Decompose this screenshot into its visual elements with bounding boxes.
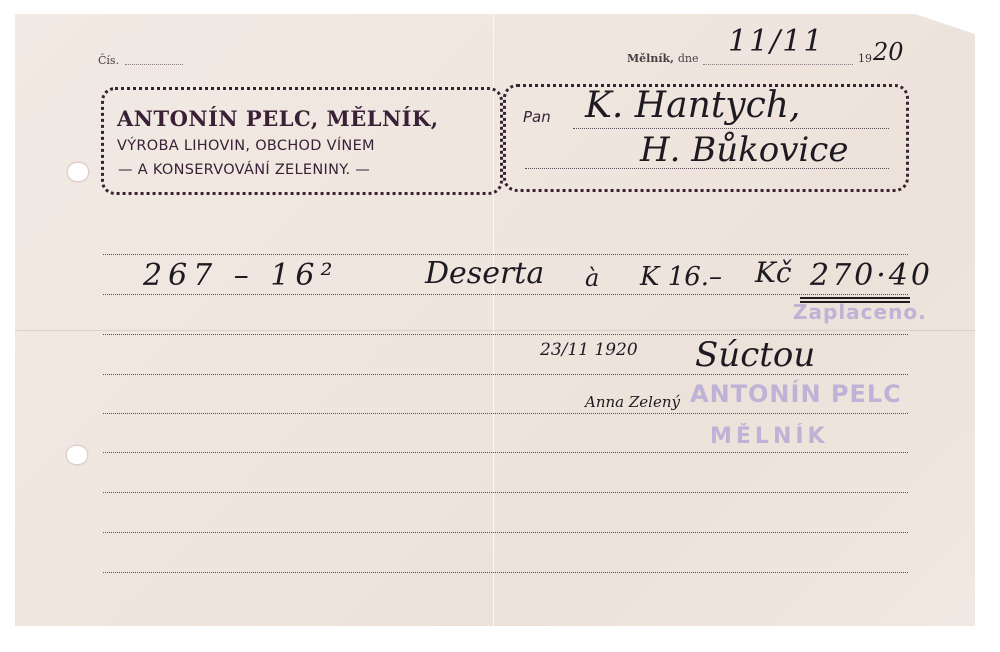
item-quantity: 267 – 16² xyxy=(143,258,339,293)
year-printed: 19 xyxy=(858,52,872,65)
place-label: Mělník, xyxy=(627,52,674,65)
recipient-name: K. Hantych, xyxy=(585,85,800,126)
signature: Anna Zelený xyxy=(585,393,680,411)
number-label: Čís. xyxy=(98,54,119,67)
company-stamp-name: ANTONÍN PELC xyxy=(690,380,902,408)
ruled-line-5 xyxy=(103,413,908,414)
number-field-line xyxy=(125,64,183,65)
fold-crease-horizontal xyxy=(15,330,975,331)
place-date-label: Mělník, dne xyxy=(627,52,698,65)
handwritten-date: 11/11 xyxy=(728,24,824,59)
date-label: dne xyxy=(678,52,699,65)
ruled-line-1 xyxy=(103,254,908,255)
item-currency: Kč xyxy=(755,256,792,289)
year-handwritten: 20 xyxy=(873,38,904,66)
ruled-line-6 xyxy=(103,452,908,453)
date-field-line xyxy=(703,64,853,65)
item-unit-price: K 16.– xyxy=(640,262,722,292)
punch-hole-top xyxy=(68,163,88,181)
paid-stamp: Zaplaceno. xyxy=(793,300,927,324)
company-line-2: — A KONSERVOVÁNÍ ZELENINY. — xyxy=(118,162,370,178)
company-name: ANTONÍN PELC, MĚLNÍK, xyxy=(117,106,439,131)
recipient-salutation: Pan xyxy=(523,108,551,126)
ruled-line-2 xyxy=(103,294,908,295)
closing-greeting: Súctou xyxy=(695,335,815,375)
company-line-1: VÝROBA LIHOVIN, OBCHOD VÍNEM xyxy=(117,138,375,154)
recipient-location: H. Bůkovice xyxy=(640,130,848,170)
ruled-line-7 xyxy=(103,492,908,493)
item-total: 270·40 xyxy=(810,258,933,293)
ruled-line-9 xyxy=(103,572,908,573)
item-price-prefix: à xyxy=(585,264,599,292)
recipient-line-1 xyxy=(573,128,889,129)
item-description: Deserta xyxy=(425,256,544,291)
punch-hole-bottom xyxy=(67,446,87,464)
ruled-line-8 xyxy=(103,532,908,533)
paid-date: 23/11 1920 xyxy=(540,340,638,360)
company-stamp-place: MĚLNÍK xyxy=(710,424,829,449)
